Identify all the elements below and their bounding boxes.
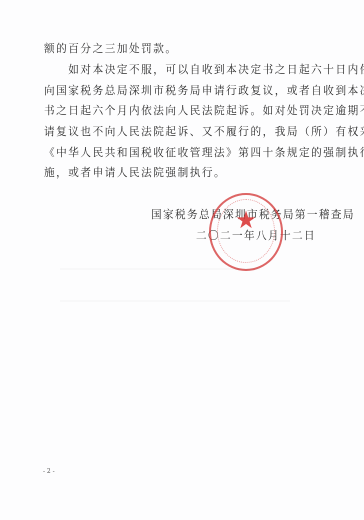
body-line-2: 如对本决定不服，可以自收到本决定书之日起六十日内依法 [44, 64, 364, 77]
bleed-through-mark [60, 268, 260, 270]
page-number: - 2 - [43, 468, 55, 475]
body-line-6: 《中华人民共和国税收征收管理法》第四十条规定的强制执行措 [44, 147, 364, 160]
bleed-through-mark [60, 300, 290, 302]
body-line-5: 请复议也不向人民法院起诉、又不履行的，我局（所）有权采取 [44, 126, 364, 139]
body-line-3: 向国家税务总局深圳市税务局申请行政复议，或者自收到本决定 [44, 85, 364, 98]
document-page: 额的百分之三加处罚款。 如对本决定不服，可以自收到本决定书之日起六十日内依法 向… [0, 0, 364, 520]
star-icon: ★ [235, 208, 257, 232]
body-line-1: 额的百分之三加处罚款。 [44, 43, 178, 56]
body-line-7: 施，或者申请人民法院强制执行。 [44, 167, 226, 180]
body-line-4: 书之日起六个月内依法向人民法院起诉。如对处罚决定逾期不申 [44, 105, 364, 118]
official-seal: ★ [209, 193, 283, 271]
